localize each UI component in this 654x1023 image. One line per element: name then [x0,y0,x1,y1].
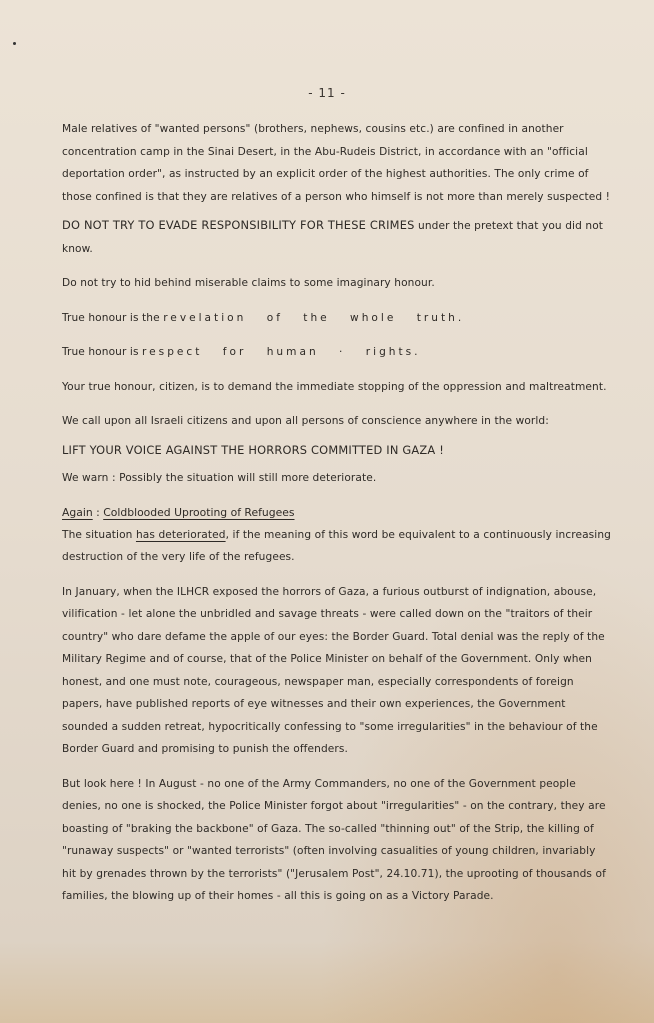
page-number: - 11 - [0,86,654,100]
rights-spaced: respect for human · rights. [142,346,421,358]
responsibility-caps: DO NOT TRY TO EVADE RESPONSIBILITY FOR T… [62,218,415,232]
paragraph-august: But look here ! In August - no one of th… [62,773,612,908]
heading-title: Coldblooded Uprooting of Refugees [103,506,294,519]
paragraph-deteriorated: The situation has deteriorated, if the m… [62,524,612,569]
paragraph-citizen: Your true honour, citizen, is to demand … [62,376,612,399]
document-body: Male relatives of "wanted persons" (brot… [62,118,612,908]
paragraph-imaginary-honour: Do not try to hid behind miserable claim… [62,272,612,295]
paper-speck [13,42,16,45]
section-heading: Again : Coldblooded Uprooting of Refugee… [62,502,612,524]
paragraph-responsibility: DO NOT TRY TO EVADE RESPONSIBILITY FOR T… [62,214,612,260]
deteriorated-underlined: has deteriorated [136,529,226,541]
paragraph-january: In January, when the ILHCR exposed the h… [62,581,612,761]
truth-lead: True honour is the [62,312,163,324]
rights-lead: True honour is [62,346,142,358]
paragraph-call: We call upon all Israeli citizens and up… [62,410,612,433]
document-page: - 11 - Male relatives of "wanted persons… [0,0,654,1023]
paragraph-relatives: Male relatives of "wanted persons" (brot… [62,118,612,208]
heading-separator: : [93,506,104,519]
paragraph-warn: We warn : Possibly the situation will st… [62,467,612,490]
deteriorated-lead: The situation [62,529,136,541]
heading-again: Again [62,506,93,519]
paragraph-lift-voice: LIFT YOUR VOICE AGAINST THE HORRORS COMM… [62,439,612,462]
paragraph-true-honour-truth: True honour is the revelation of the who… [62,307,612,330]
truth-spaced: revelation of the whole truth. [163,312,464,324]
paragraph-true-honour-rights: True honour is respect for human · right… [62,341,612,364]
